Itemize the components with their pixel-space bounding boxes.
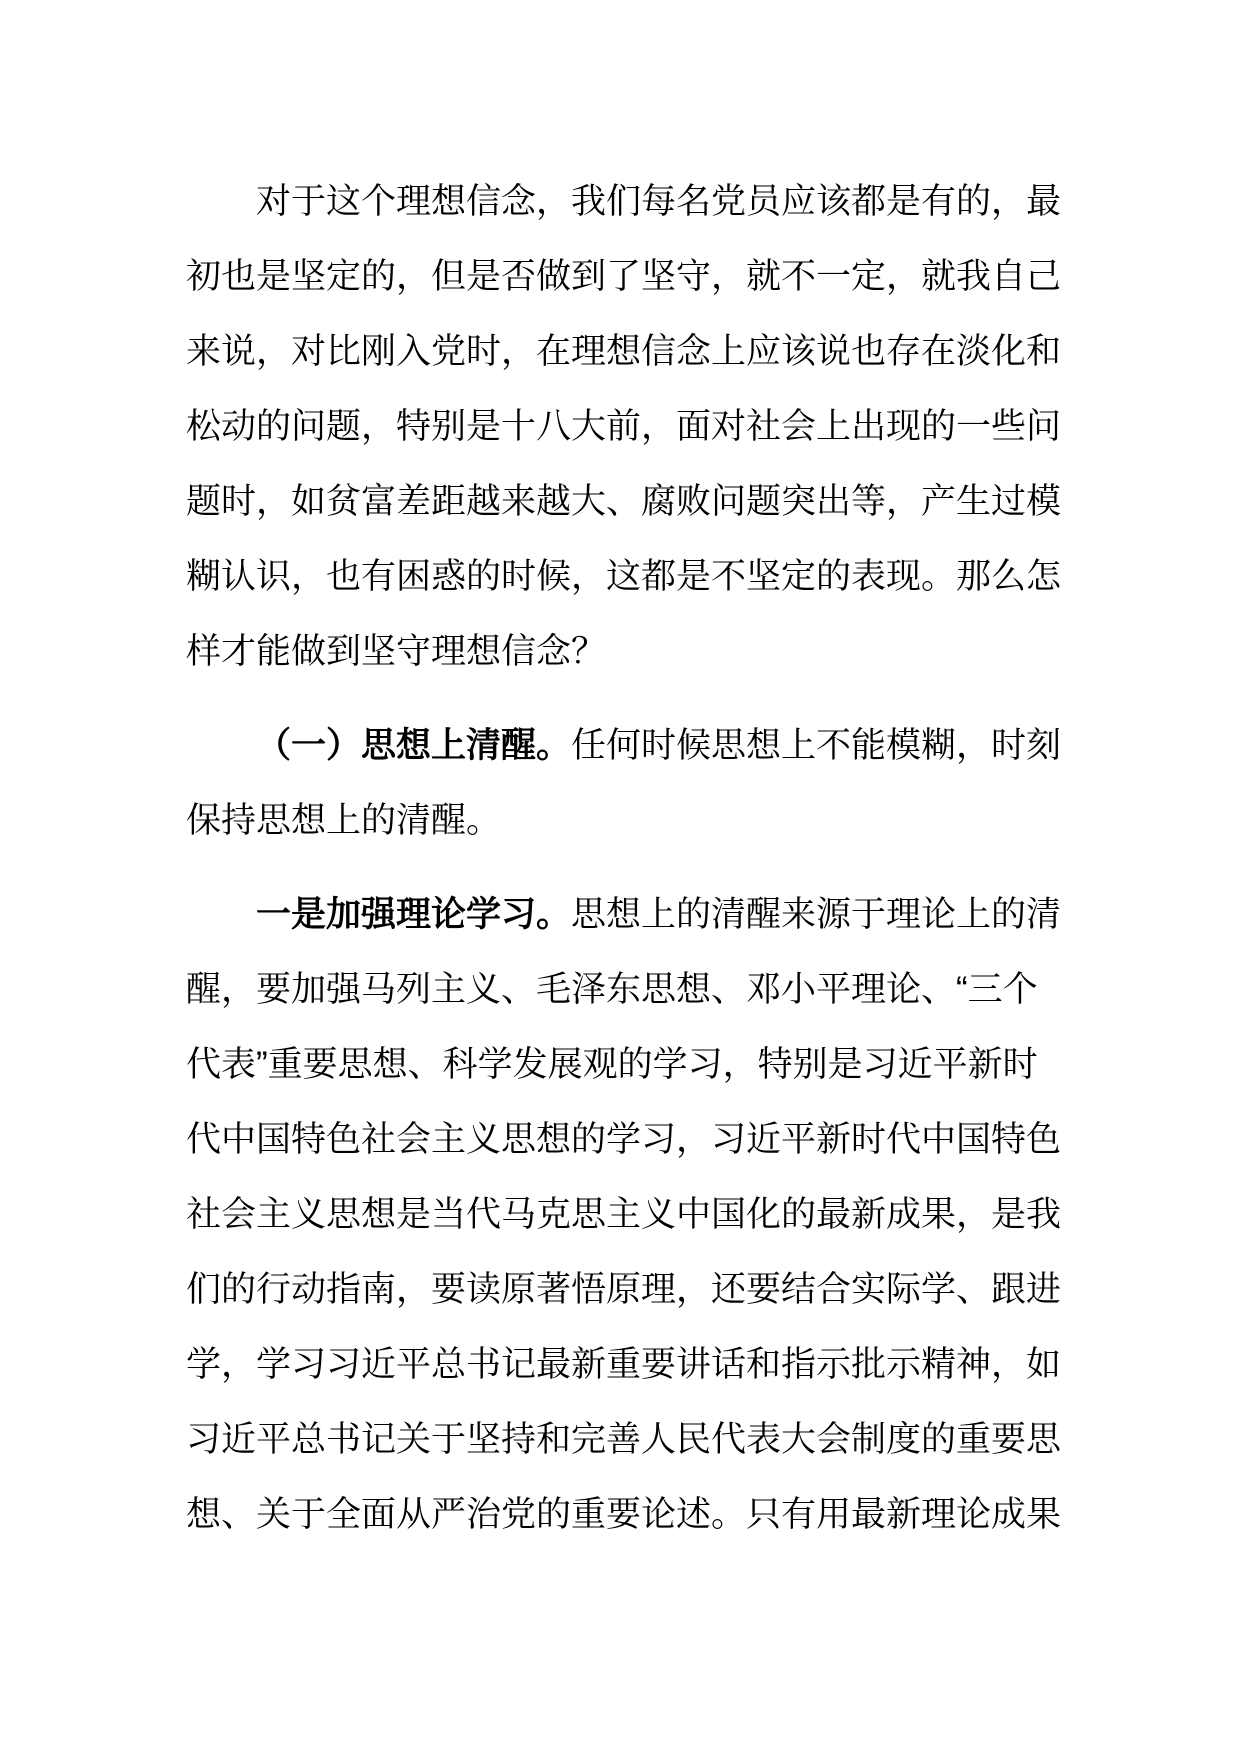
paragraph-2-line-1: （一）思想上清醒。任何时候思想上不能模糊，时刻 [186, 708, 1054, 783]
document-body: 对于这个理想信念，我们每名党员应该都是有的，最初也是坚定的，但是否做到了坚守，就… [186, 164, 1054, 1571]
paragraph-1-line-4: 松动的问题，特别是十八大前，面对社会上出现的一些问 [186, 389, 1054, 464]
paragraph-3-line-8: 习近平总书记关于坚持和完善人民代表大会制度的重要思 [186, 1402, 1054, 1477]
paragraph-1-line-2: 初也是坚定的，但是否做到了坚守，就不一定，就我自己 [186, 239, 1054, 314]
paragraph-3-line-3: 代表”重要思想、科学发展观的学习，特别是习近平新时 [186, 1027, 1054, 1102]
text-run: 松动的问题，特别是十八大前，面对社会上出现的一些问 [186, 407, 1061, 446]
text-run: 对于这个理想信念，我们每名党员应该都是有的，最 [256, 182, 1061, 221]
document-page: 对于这个理想信念，我们每名党员应该都是有的，最初也是坚定的，但是否做到了坚守，就… [0, 0, 1240, 1754]
paragraph-3: 一是加强理论学习。思想上的清醒来源于理论上的清醒，要加强马列主义、毛泽东思想、邓… [186, 877, 1054, 1552]
text-run: 保持思想上的清醒。 [186, 801, 501, 840]
text-run: 学，学习习近平总书记最新重要讲话和指示批示精神，如 [186, 1345, 1061, 1384]
text-run: 习近平总书记关于坚持和完善人民代表大会制度的重要思 [186, 1420, 1061, 1459]
bold-text-run: （一）思想上清醒。 [256, 726, 571, 765]
text-run: 任何时候思想上不能模糊，时刻 [571, 726, 1061, 765]
paragraph-1: 对于这个理想信念，我们每名党员应该都是有的，最初也是坚定的，但是否做到了坚守，就… [186, 164, 1054, 689]
text-run: 糊认识，也有困惑的时候，这都是不坚定的表现。那么怎 [186, 557, 1061, 596]
paragraph-1-line-7: 样才能做到坚守理想信念？ [186, 614, 1054, 689]
text-run: 初也是坚定的，但是否做到了坚守，就不一定，就我自己 [186, 257, 1061, 296]
paragraph-3-line-5: 社会主义思想是当代马克思主义中国化的最新成果，是我 [186, 1177, 1054, 1252]
text-run: 代中国特色社会主义思想的学习，习近平新时代中国特色 [186, 1120, 1061, 1159]
paragraph-3-line-1: 一是加强理论学习。思想上的清醒来源于理论上的清 [186, 877, 1054, 952]
text-run: 社会主义思想是当代马克思主义中国化的最新成果，是我 [186, 1195, 1061, 1234]
paragraph-3-line-6: 们的行动指南，要读原著悟原理，还要结合实际学、跟进 [186, 1252, 1054, 1327]
text-run: 们的行动指南，要读原著悟原理，还要结合实际学、跟进 [186, 1270, 1061, 1309]
paragraph-2-line-2: 保持思想上的清醒。 [186, 783, 1054, 858]
bold-text-run: 一是加强理论学习。 [256, 895, 571, 934]
paragraph-3-line-2: 醒，要加强马列主义、毛泽东思想、邓小平理论、“三个 [186, 952, 1054, 1027]
paragraph-1-line-6: 糊认识，也有困惑的时候，这都是不坚定的表现。那么怎 [186, 539, 1054, 614]
text-run: 思想上的清醒来源于理论上的清 [571, 895, 1061, 934]
text-run: 题时，如贫富差距越来越大、腐败问题突出等，产生过模 [186, 482, 1061, 521]
text-run: 来说，对比刚入党时，在理想信念上应该说也存在淡化和 [186, 332, 1061, 371]
paragraph-1-line-1: 对于这个理想信念，我们每名党员应该都是有的，最 [186, 164, 1054, 239]
text-run: 代表”重要思想、科学发展观的学习，特别是习近平新时 [186, 1045, 1038, 1084]
paragraph-1-line-3: 来说，对比刚入党时，在理想信念上应该说也存在淡化和 [186, 314, 1054, 389]
paragraph-3-line-9: 想、关于全面从严治党的重要论述。只有用最新理论成果 [186, 1477, 1054, 1552]
paragraph-1-line-5: 题时，如贫富差距越来越大、腐败问题突出等，产生过模 [186, 464, 1054, 539]
text-run: 醒，要加强马列主义、毛泽东思想、邓小平理论、“三个 [186, 970, 1038, 1009]
text-run: 想、关于全面从严治党的重要论述。只有用最新理论成果 [186, 1495, 1061, 1534]
text-run: 样才能做到坚守理想信念？ [186, 632, 606, 671]
paragraph-3-line-4: 代中国特色社会主义思想的学习，习近平新时代中国特色 [186, 1102, 1054, 1177]
paragraph-2: （一）思想上清醒。任何时候思想上不能模糊，时刻保持思想上的清醒。 [186, 708, 1054, 858]
paragraph-3-line-7: 学，学习习近平总书记最新重要讲话和指示批示精神，如 [186, 1327, 1054, 1402]
